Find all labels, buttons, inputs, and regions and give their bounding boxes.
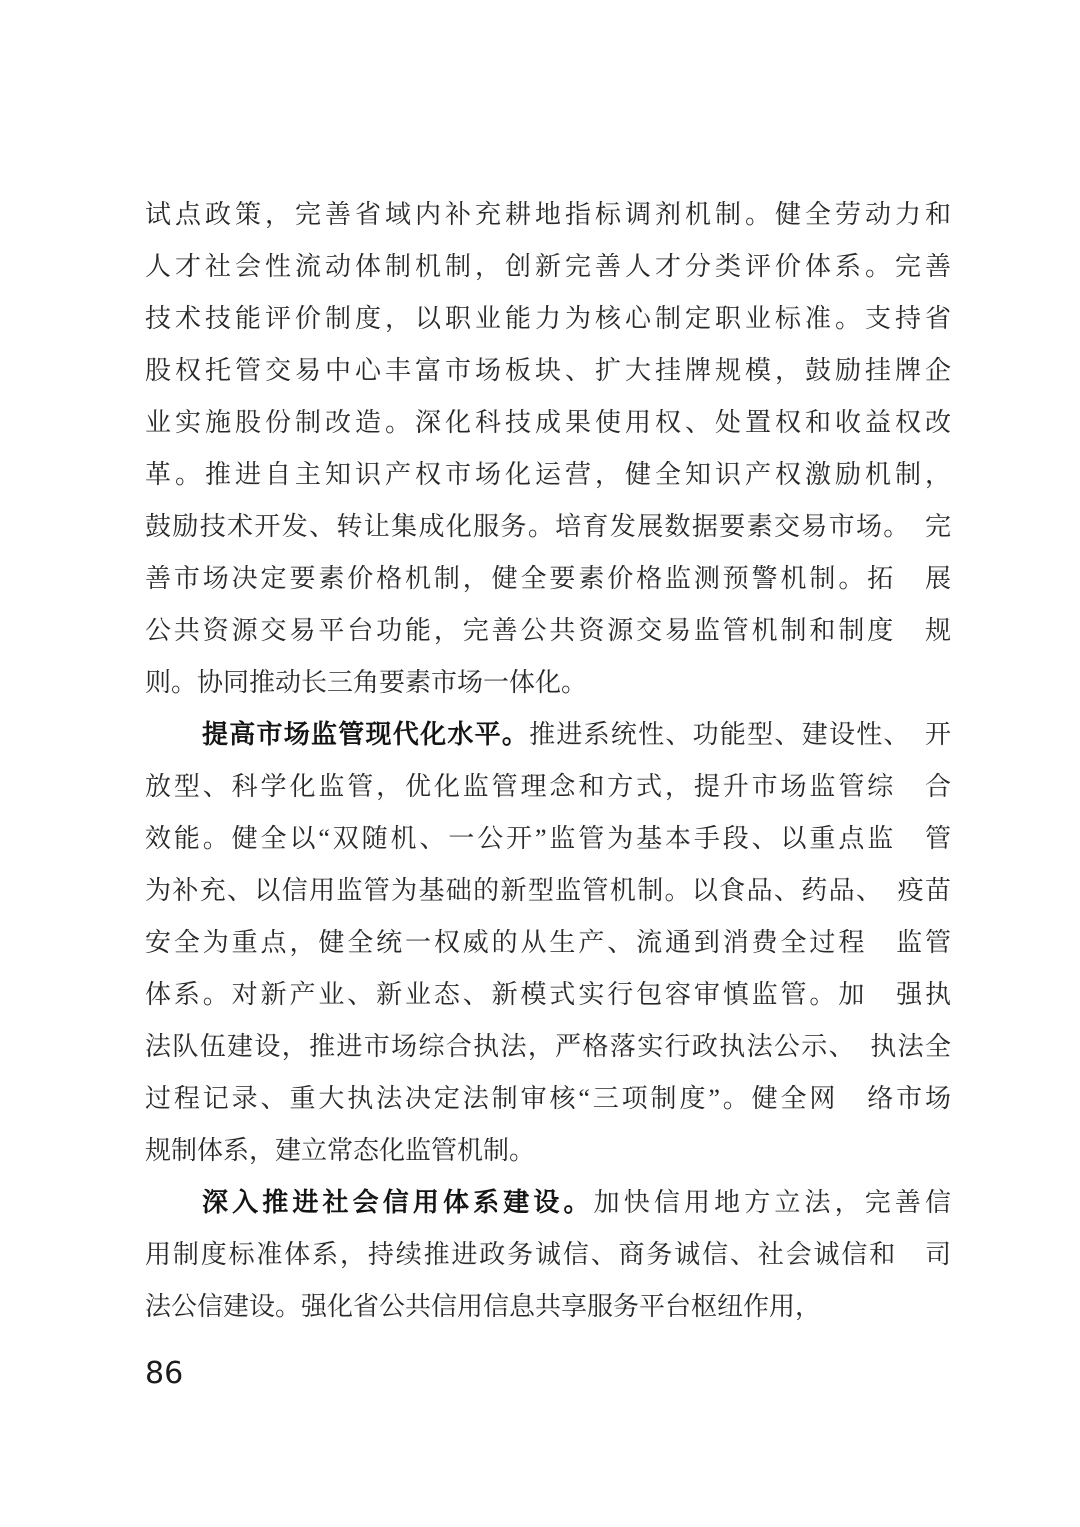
text-line: 体系。对新产业、新业态、新模式实行包容审慎监管。加 强执	[145, 969, 951, 1021]
document-page: 试点政策，完善省域内补充耕地指标调剂机制。健全劳动力和 人才社会性流动体制机制，…	[0, 0, 1080, 1527]
text-line: 安全为重点，健全统一权威的从生产、流通到消费全过程 监管	[145, 917, 951, 969]
line-text: 公共资源交易平台功能，完善公共资源交易监管机制和制度 规	[145, 616, 951, 645]
page-number: 86	[145, 1356, 183, 1392]
line-text: 安全为重点，健全统一权威的从生产、流通到消费全过程 监管	[145, 928, 951, 957]
text-line: 试点政策，完善省域内补充耕地指标调剂机制。健全劳动力和	[145, 189, 951, 241]
line-text: 鼓励技术开发、转让集成化服务。培育发展数据要素交易市场。 完	[145, 512, 951, 541]
line-text: 加快信用地方立法，完善信	[594, 1188, 951, 1217]
text-line: 公共资源交易平台功能，完善公共资源交易监管机制和制度 规	[145, 605, 951, 657]
text-line: 股权托管交易中心丰富市场板块、扩大挂牌规模，鼓励挂牌企	[145, 345, 951, 397]
text-line: 鼓励技术开发、转让集成化服务。培育发展数据要素交易市场。 完	[145, 501, 951, 553]
text-line: 深入推进社会信用体系建设。加快信用地方立法，完善信	[145, 1177, 951, 1229]
line-text: 试点政策，完善省域内补充耕地指标调剂机制。健全劳动力和	[145, 200, 951, 229]
line-text: 业实施股份制改造。深化科技成果使用权、处置权和收益权改	[145, 408, 951, 437]
paragraph-heading: 提高市场监管现代化水平。	[202, 720, 529, 749]
line-text: 规制体系，建立常态化监管机制。	[145, 1136, 535, 1165]
line-text: 革。推进自主知识产权市场化运营，健全知识产权激励机制，	[145, 460, 951, 489]
body-text: 试点政策，完善省域内补充耕地指标调剂机制。健全劳动力和 人才社会性流动体制机制，…	[145, 189, 951, 1333]
text-line: 业实施股份制改造。深化科技成果使用权、处置权和收益权改	[145, 397, 951, 449]
line-text: 为补充、以信用监管为基础的新型监管机制。以食品、药品、 疫苗	[145, 876, 951, 905]
line-text: 体系。对新产业、新业态、新模式实行包容审慎监管。加 强执	[145, 980, 951, 1009]
line-text: 法公信建设。强化省公共信用信息共享服务平台枢纽作用，	[145, 1292, 821, 1321]
text-line: 用制度标准体系，持续推进政务诚信、商务诚信、社会诚信和 司	[145, 1229, 951, 1281]
text-line: 善市场决定要素价格机制，健全要素价格监测预警机制。拓 展	[145, 553, 951, 605]
text-line: 则。协同推动长三角要素市场一体化。	[145, 657, 951, 709]
paragraph-heading: 深入推进社会信用体系建设。	[202, 1188, 594, 1217]
text-line: 法队伍建设，推进市场综合执法，严格落实行政执法公示、 执法全	[145, 1021, 951, 1073]
text-line: 技术技能评价制度，以职业能力为核心制定职业标准。支持省	[145, 293, 951, 345]
line-text: 人才社会性流动体制机制，创新完善人才分类评价体系。完善	[145, 252, 951, 281]
line-text: 股权托管交易中心丰富市场板块、扩大挂牌规模，鼓励挂牌企	[145, 356, 951, 385]
line-text: 效能。健全以“双随机、一公开”监管为基本手段、以重点监 管	[145, 824, 951, 853]
line-text: 过程记录、重大执法决定法制审核“三项制度”。健全网 络市场	[145, 1084, 951, 1113]
text-line: 革。推进自主知识产权市场化运营，健全知识产权激励机制，	[145, 449, 951, 501]
line-text: 用制度标准体系，持续推进政务诚信、商务诚信、社会诚信和 司	[145, 1240, 951, 1269]
line-text: 推进系统性、功能型、建设性、 开	[529, 720, 951, 749]
text-line: 人才社会性流动体制机制，创新完善人才分类评价体系。完善	[145, 241, 951, 293]
text-line: 法公信建设。强化省公共信用信息共享服务平台枢纽作用，	[145, 1281, 951, 1333]
text-line: 过程记录、重大执法决定法制审核“三项制度”。健全网 络市场	[145, 1073, 951, 1125]
text-line: 规制体系，建立常态化监管机制。	[145, 1125, 951, 1177]
text-line: 提高市场监管现代化水平。推进系统性、功能型、建设性、 开	[145, 709, 951, 761]
text-line: 放型、科学化监管，优化监管理念和方式，提升市场监管综 合	[145, 761, 951, 813]
line-text: 放型、科学化监管，优化监管理念和方式，提升市场监管综 合	[145, 772, 951, 801]
text-line: 为补充、以信用监管为基础的新型监管机制。以食品、药品、 疫苗	[145, 865, 951, 917]
line-text: 善市场决定要素价格机制，健全要素价格监测预警机制。拓 展	[145, 564, 951, 593]
line-text: 法队伍建设，推进市场综合执法，严格落实行政执法公示、 执法全	[145, 1032, 951, 1061]
text-line: 效能。健全以“双随机、一公开”监管为基本手段、以重点监 管	[145, 813, 951, 865]
line-text: 则。协同推动长三角要素市场一体化。	[145, 668, 587, 697]
line-text: 技术技能评价制度，以职业能力为核心制定职业标准。支持省	[145, 304, 951, 333]
